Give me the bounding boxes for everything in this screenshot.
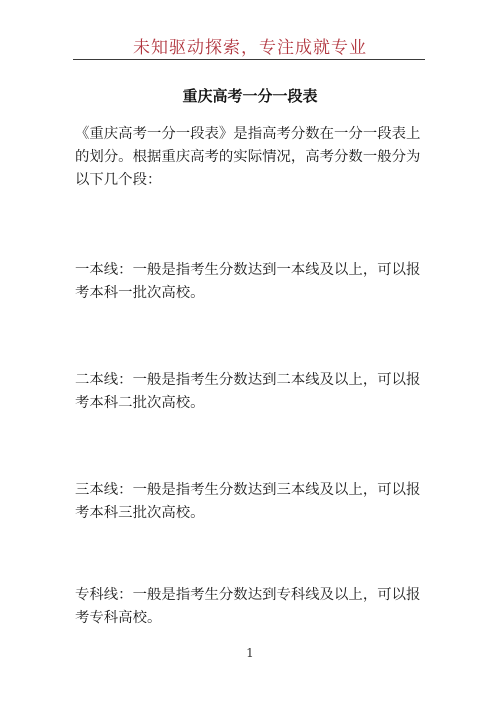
paragraph-intro: 《重庆高考一分一段表》是指高考分数在一分一段表上的划分。根据重庆高考的实际情况，…: [75, 123, 427, 192]
header-divider: [73, 59, 425, 60]
page-number: 1: [0, 646, 500, 660]
paragraph-vocational: 专科线：一般是指考生分数达到专科线及以上，可以报考专科高校。: [75, 584, 427, 630]
paragraph-tier-1: 一本线：一般是指考生分数达到一本线及以上，可以报考本科一批次高校。: [75, 259, 427, 305]
header-slogan: 未知驱动探索，专注成就专业: [0, 38, 500, 58]
paragraph-tier-3: 三本线：一般是指考生分数达到三本线及以上，可以报考本科三批次高校。: [75, 479, 427, 525]
document-title: 重庆高考一分一段表: [0, 86, 500, 106]
paragraph-tier-2: 二本线：一般是指考生分数达到二本线及以上，可以报考本科二批次高校。: [75, 369, 427, 415]
